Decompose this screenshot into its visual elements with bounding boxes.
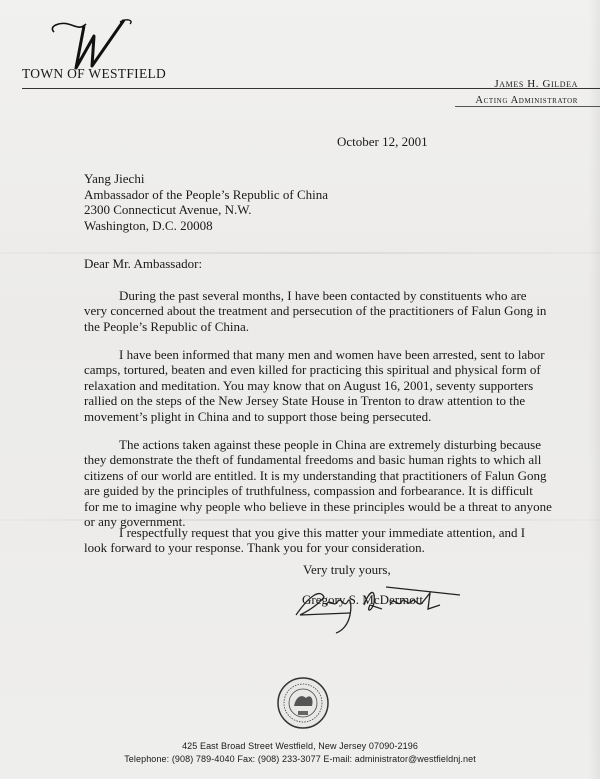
- paragraph-line: During the past several months, I have b…: [84, 288, 524, 303]
- administrator-name: James H. Gildea: [494, 78, 578, 90]
- town-seal-icon: [276, 676, 330, 730]
- letter-page: TOWN OF WESTFIELD James H. Gildea Acting…: [0, 0, 600, 779]
- body-paragraph-1: During the past several months, I have b…: [84, 288, 524, 334]
- town-name: TOWN OF WESTFIELD: [22, 66, 166, 82]
- paragraph-line: look forward to your response. Thank you…: [84, 540, 524, 555]
- paragraph-line: relaxation and meditation. You may know …: [84, 378, 524, 393]
- body-paragraph-2: I have been informed that many men and w…: [84, 347, 524, 424]
- paragraph-line: are guided by the principles of truthful…: [84, 483, 524, 498]
- recipient-city: Washington, D.C. 20008: [84, 218, 328, 234]
- recipient-title: Ambassador of the People’s Republic of C…: [84, 187, 328, 203]
- recipient-address: Yang Jiechi Ambassador of the People’s R…: [84, 171, 328, 233]
- recipient-name: Yang Jiechi: [84, 171, 328, 187]
- paper-fold-line: [0, 252, 600, 254]
- handwritten-signature-icon: [290, 575, 470, 635]
- paragraph-line: citizens of our world are entitled. It i…: [84, 468, 524, 483]
- paragraph-line: The actions taken against these people i…: [84, 437, 524, 452]
- paper-edge: [588, 0, 600, 779]
- westfield-w-logo-icon: [46, 18, 146, 70]
- admin-rule: [455, 106, 600, 107]
- paragraph-line: for me to imagine why people who believe…: [84, 499, 524, 514]
- recipient-street: 2300 Connecticut Avenue, N.W.: [84, 202, 328, 218]
- salutation: Dear Mr. Ambassador:: [84, 256, 202, 272]
- administrator-title: Acting Administrator: [475, 95, 578, 106]
- body-paragraph-4: I respectfully request that you give thi…: [84, 525, 524, 556]
- footer-contact: Telephone: (908) 789-4040 Fax: (908) 233…: [0, 754, 600, 764]
- paragraph-line: rallied on the steps of the New Jersey S…: [84, 393, 524, 408]
- body-paragraph-3: The actions taken against these people i…: [84, 437, 524, 529]
- letter-date: October 12, 2001: [337, 134, 428, 150]
- paragraph-line: movement’s plight in China and to suppor…: [84, 409, 524, 424]
- paragraph-line: the People’s Republic of China.: [84, 319, 524, 334]
- paragraph-line: I have been informed that many men and w…: [84, 347, 524, 362]
- paragraph-line: they demonstrate the theft of fundamenta…: [84, 452, 524, 467]
- paragraph-line: very concerned about the treatment and p…: [84, 303, 524, 318]
- paragraph-line: camps, tortured, beaten and even killed …: [84, 362, 524, 377]
- footer-address: 425 East Broad Street Westfield, New Jer…: [0, 741, 600, 751]
- paragraph-line: I respectfully request that you give thi…: [84, 525, 524, 540]
